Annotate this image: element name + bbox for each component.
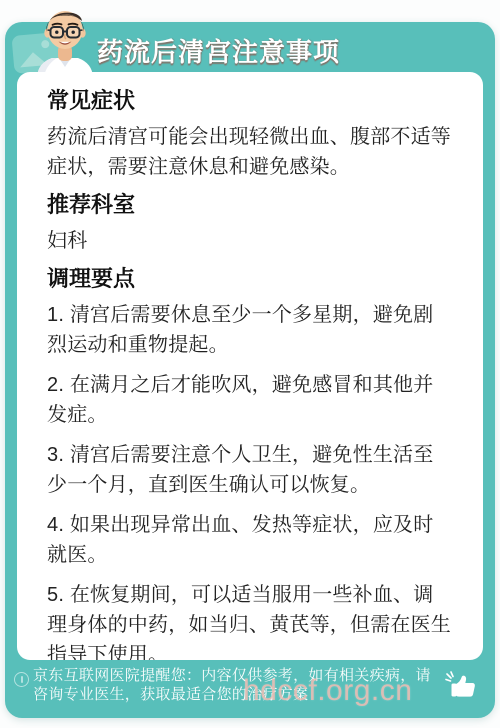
care-point-3: 3. 清宫后需要注意个人卫生，避免性生活至少一个月，直到医生确认可以恢复。: [47, 440, 453, 500]
section-heading-department: 推荐科室: [47, 192, 453, 218]
info-circle-icon: [14, 672, 29, 687]
symptoms-text: 药流后清宫可能会出现轻微出血、腹部不适等症状，需要注意休息和避免感染。: [47, 122, 453, 182]
card-footer: 京东互联网医院提醒您：内容仅供参考，如有相关疾病，请咨询专业医生，获取最适合您的…: [5, 660, 495, 718]
health-info-card: 药流后清宫注意事项 常见症状 药流后清宫可能会出现轻微出血、腹部不适等症状，需要…: [5, 22, 495, 718]
section-heading-symptoms: 常见症状: [47, 88, 453, 114]
card-header: 药流后清宫注意事项: [5, 22, 495, 72]
page: 药流后清宫注意事项 常见症状 药流后清宫可能会出现轻微出血、腹部不适等症状，需要…: [0, 0, 500, 728]
department-text: 妇科: [47, 226, 453, 256]
content-panel: 常见症状 药流后清宫可能会出现轻微出血、腹部不适等症状，需要注意休息和避免感染。…: [17, 72, 483, 660]
thumbs-up-icon[interactable]: [445, 670, 479, 700]
care-point-1: 1. 清宫后需要休息至少一个多星期，避免剧烈运动和重物提起。: [47, 300, 453, 360]
disclaimer-text: 京东互联网医院提醒您：内容仅供参考，如有相关疾病，请咨询专业医生，获取最适合您的…: [33, 666, 433, 704]
care-point-2: 2. 在满月之后才能吹风，避免感冒和其他并发症。: [47, 370, 453, 430]
card-title: 药流后清宫注意事项: [97, 32, 340, 69]
care-point-4: 4. 如果出现异常出血、发热等症状，应及时就医。: [47, 510, 453, 570]
section-heading-care-points: 调理要点: [47, 266, 453, 292]
care-point-5: 5. 在恢复期间，可以适当服用一些补血、调理身体的中药，如当归、黄芪等，但需在医…: [47, 580, 453, 660]
